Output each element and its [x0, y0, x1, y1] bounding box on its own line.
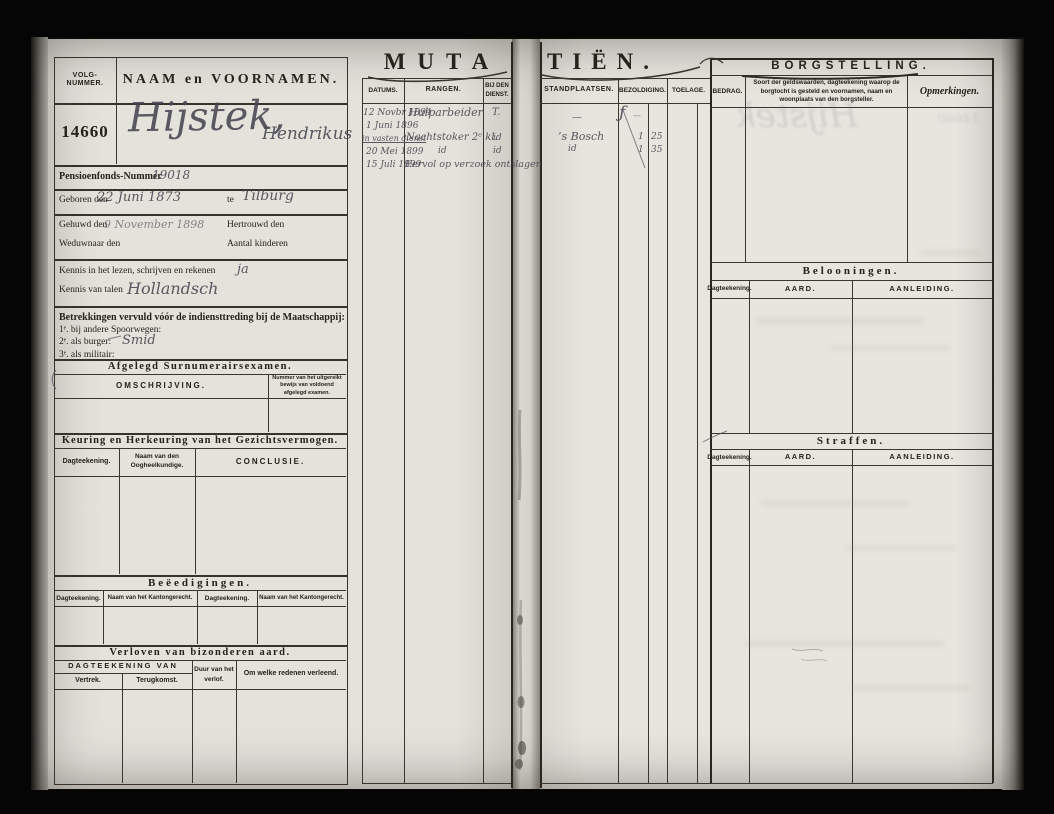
weduwnaar-label: Weduwnaar den — [59, 239, 120, 250]
book-gutter — [512, 39, 540, 789]
grid-line — [119, 448, 120, 574]
florin-symbol: ƒ — [619, 103, 625, 123]
page-edge-line — [511, 42, 513, 788]
left-page-under-edge — [31, 37, 48, 790]
beeedigingen-title: Beëedigingen. — [54, 577, 346, 589]
kennis-lezen-value: ja — [237, 262, 249, 277]
bezoldiging-header: BEZOLDIGING. — [618, 79, 667, 102]
mutatien-title-right: TIËN. — [538, 50, 668, 74]
bezoldiging-cent-3: 35 — [651, 145, 662, 155]
hertrouwd-label: Hertrouwd den — [227, 220, 284, 231]
straffen-aard: AARD. — [749, 451, 852, 464]
belooningen-aanleiding: AANLEIDING. — [852, 282, 992, 296]
grid-line — [116, 103, 117, 164]
grid-line — [268, 374, 269, 432]
mutatie-dienst-2: id — [493, 133, 502, 143]
pensioenfonds-value: 19018 — [152, 168, 190, 182]
grid-line — [710, 58, 712, 783]
register-scan: VOLG-NUMMER. NAAM en VOORNAMEN. 14660 Hi… — [0, 0, 1054, 814]
nummer-bewijs-header: Nummer van het uitgereikt bewijs van vol… — [272, 375, 342, 397]
straffen-title: Straffen. — [710, 434, 992, 448]
mutatie-rang-3: id — [438, 146, 447, 156]
right-page — [540, 39, 1002, 789]
dagteekening-van-header: DAGTEEKENING VAN — [54, 661, 192, 672]
bezoldiging-dash-1: — — [633, 111, 641, 120]
kennis-talen-label: Kennis van talen — [59, 285, 123, 296]
pensioenfonds-label: Pensioenfonds-Nummer — [59, 171, 162, 183]
belooningen-title: Belooningen. — [710, 264, 992, 278]
conclusie-header: CONCLUSIE. — [195, 450, 346, 474]
keuring-title: Keuring en Herkeuring van het Gezichtsve… — [54, 435, 346, 448]
mutatien-title-left: MUTA — [382, 50, 502, 74]
grid-line — [483, 78, 484, 783]
grid-line — [54, 476, 346, 477]
mutatie-datum-3: 20 Mei 1899 — [366, 147, 424, 157]
grid-line — [122, 673, 123, 783]
grid-line — [362, 103, 511, 104]
grid-line — [648, 103, 649, 783]
firstname-handwritten: Hendrikus — [262, 124, 352, 144]
standplaats-dash-1: — — [572, 112, 582, 123]
volgnummer-header: VOLG-NUMMER. — [56, 59, 114, 101]
beeed-kantongerecht-1: Naam van het Kantongerecht. — [103, 592, 197, 605]
bleedthrough-smudge — [755, 318, 925, 325]
geboren-plaats: Tilburg — [242, 188, 294, 204]
grid-line — [54, 689, 346, 690]
bleedthrough-smudge — [920, 250, 980, 256]
grid-line — [667, 78, 668, 783]
betrekking-2: 2ᵉ. als burger: — [59, 337, 111, 348]
mutatie-rang-4: Eervol op verzoek ontslagen — [405, 159, 542, 170]
mutatie-dienst-1: T. — [492, 107, 500, 118]
duur-verlof-header: Duur van het verlof. — [194, 662, 234, 687]
beeed-kantongerecht-2: Naam van het Kantongerecht. — [257, 592, 346, 605]
kennis-lezen-label: Kennis in het lezen, schrijven en rekene… — [59, 266, 215, 277]
mutatie-rang-1: Hulparbeider — [408, 106, 483, 119]
bleedthrough-smudge — [850, 685, 970, 691]
grid-line — [362, 783, 511, 784]
bleedthrough-smudge — [745, 640, 945, 647]
grid-line — [362, 78, 363, 783]
page-edge-line — [540, 42, 542, 788]
borgstelling-title: BORGSTELLING. — [710, 60, 992, 74]
straffen-dagteekening: Dagteekening. — [710, 451, 749, 464]
belooningen-aard: AARD. — [749, 282, 852, 296]
bleedthrough-number: 14660 — [938, 112, 979, 127]
grid-line — [54, 398, 346, 399]
mutatie-rang-2: Nachtstoker 2ᵉ kl. — [406, 132, 498, 143]
standplaats-3: id — [568, 144, 577, 154]
grid-line — [992, 58, 994, 783]
kinderen-label: Aantal kinderen — [227, 239, 288, 250]
grid-line — [749, 280, 750, 433]
belooningen-dagteekening: Dagteekening. — [710, 282, 749, 296]
grid-line — [618, 78, 619, 783]
beeed-dagteekening-1: Dagteekening. — [54, 592, 103, 605]
te-label: te — [227, 195, 234, 206]
betrekkingen-title: Betrekkingen vervuld vóór de indiensttre… — [59, 312, 345, 324]
grid-line — [404, 78, 405, 783]
straffen-aanleiding: AANLEIDING. — [852, 451, 992, 464]
keuring-dagteekening-header: Dagteekening. — [54, 450, 119, 474]
oogheelkundige-header: Naam van den Oogheelkundige. — [122, 450, 192, 474]
rangen-header: RANGEN. — [404, 79, 483, 102]
grid-line — [852, 280, 853, 433]
terugkomst-header: Terugkomst. — [122, 675, 192, 687]
volgnummer-value: 14660 — [56, 103, 114, 161]
beroep-burger-value: Smid — [122, 333, 156, 348]
grid-line — [697, 103, 698, 783]
mutatie-datum-2: 1 Juni 1896 — [366, 121, 418, 131]
standplaatsen-header: STANDPLAATSEN. — [540, 79, 618, 102]
bezoldiging-cent-2: 25 — [651, 132, 662, 142]
bleedthrough-name: Hijstek — [735, 96, 858, 136]
gehuwd-datum: 9 November 1898 — [104, 218, 204, 231]
grid-line — [749, 449, 750, 783]
bezoldiging-gulden-2: 1 — [638, 132, 644, 142]
gehuwd-label: Gehuwd den — [59, 220, 107, 231]
mutatie-dienst-3: id — [493, 146, 502, 156]
grid-line — [710, 783, 993, 784]
redenen-header: Om welke redenen verleend. — [236, 662, 346, 687]
bleedthrough-smudge — [830, 345, 950, 351]
bezoldiging-gulden-3: 1 — [638, 145, 644, 155]
opmerkingen-header: Opmerkingen. — [907, 77, 992, 107]
bij-den-dienst-header: BIJ DEN DIENST. — [483, 79, 511, 102]
grid-line — [540, 783, 710, 784]
datums-header: DATUMS. — [362, 79, 404, 102]
grid-line — [54, 606, 346, 607]
surnumerair-title: Afgelegd Surnumerairsexamen. — [54, 361, 346, 374]
omschrijving-header: OMSCHRIJVING. — [54, 376, 268, 396]
bleedthrough-smudge — [760, 500, 910, 506]
standplaats-2: ’s Bosch — [558, 130, 604, 143]
right-page-stack-edge — [1002, 39, 1024, 790]
betrekking-3: 3ᵉ. als militair: — [59, 350, 114, 361]
geboren-datum: 22 Juni 1873 — [97, 190, 181, 205]
bleedthrough-smudge — [845, 545, 955, 551]
toelage-header: TOELAGE. — [667, 79, 710, 102]
vertrek-header: Vertrek. — [54, 675, 122, 687]
verloven-title: Verloven van bizonderen aard. — [54, 647, 346, 659]
beeed-dagteekening-2: Dagteekening. — [197, 592, 257, 605]
kennis-talen-value: Hollandsch — [127, 279, 218, 298]
